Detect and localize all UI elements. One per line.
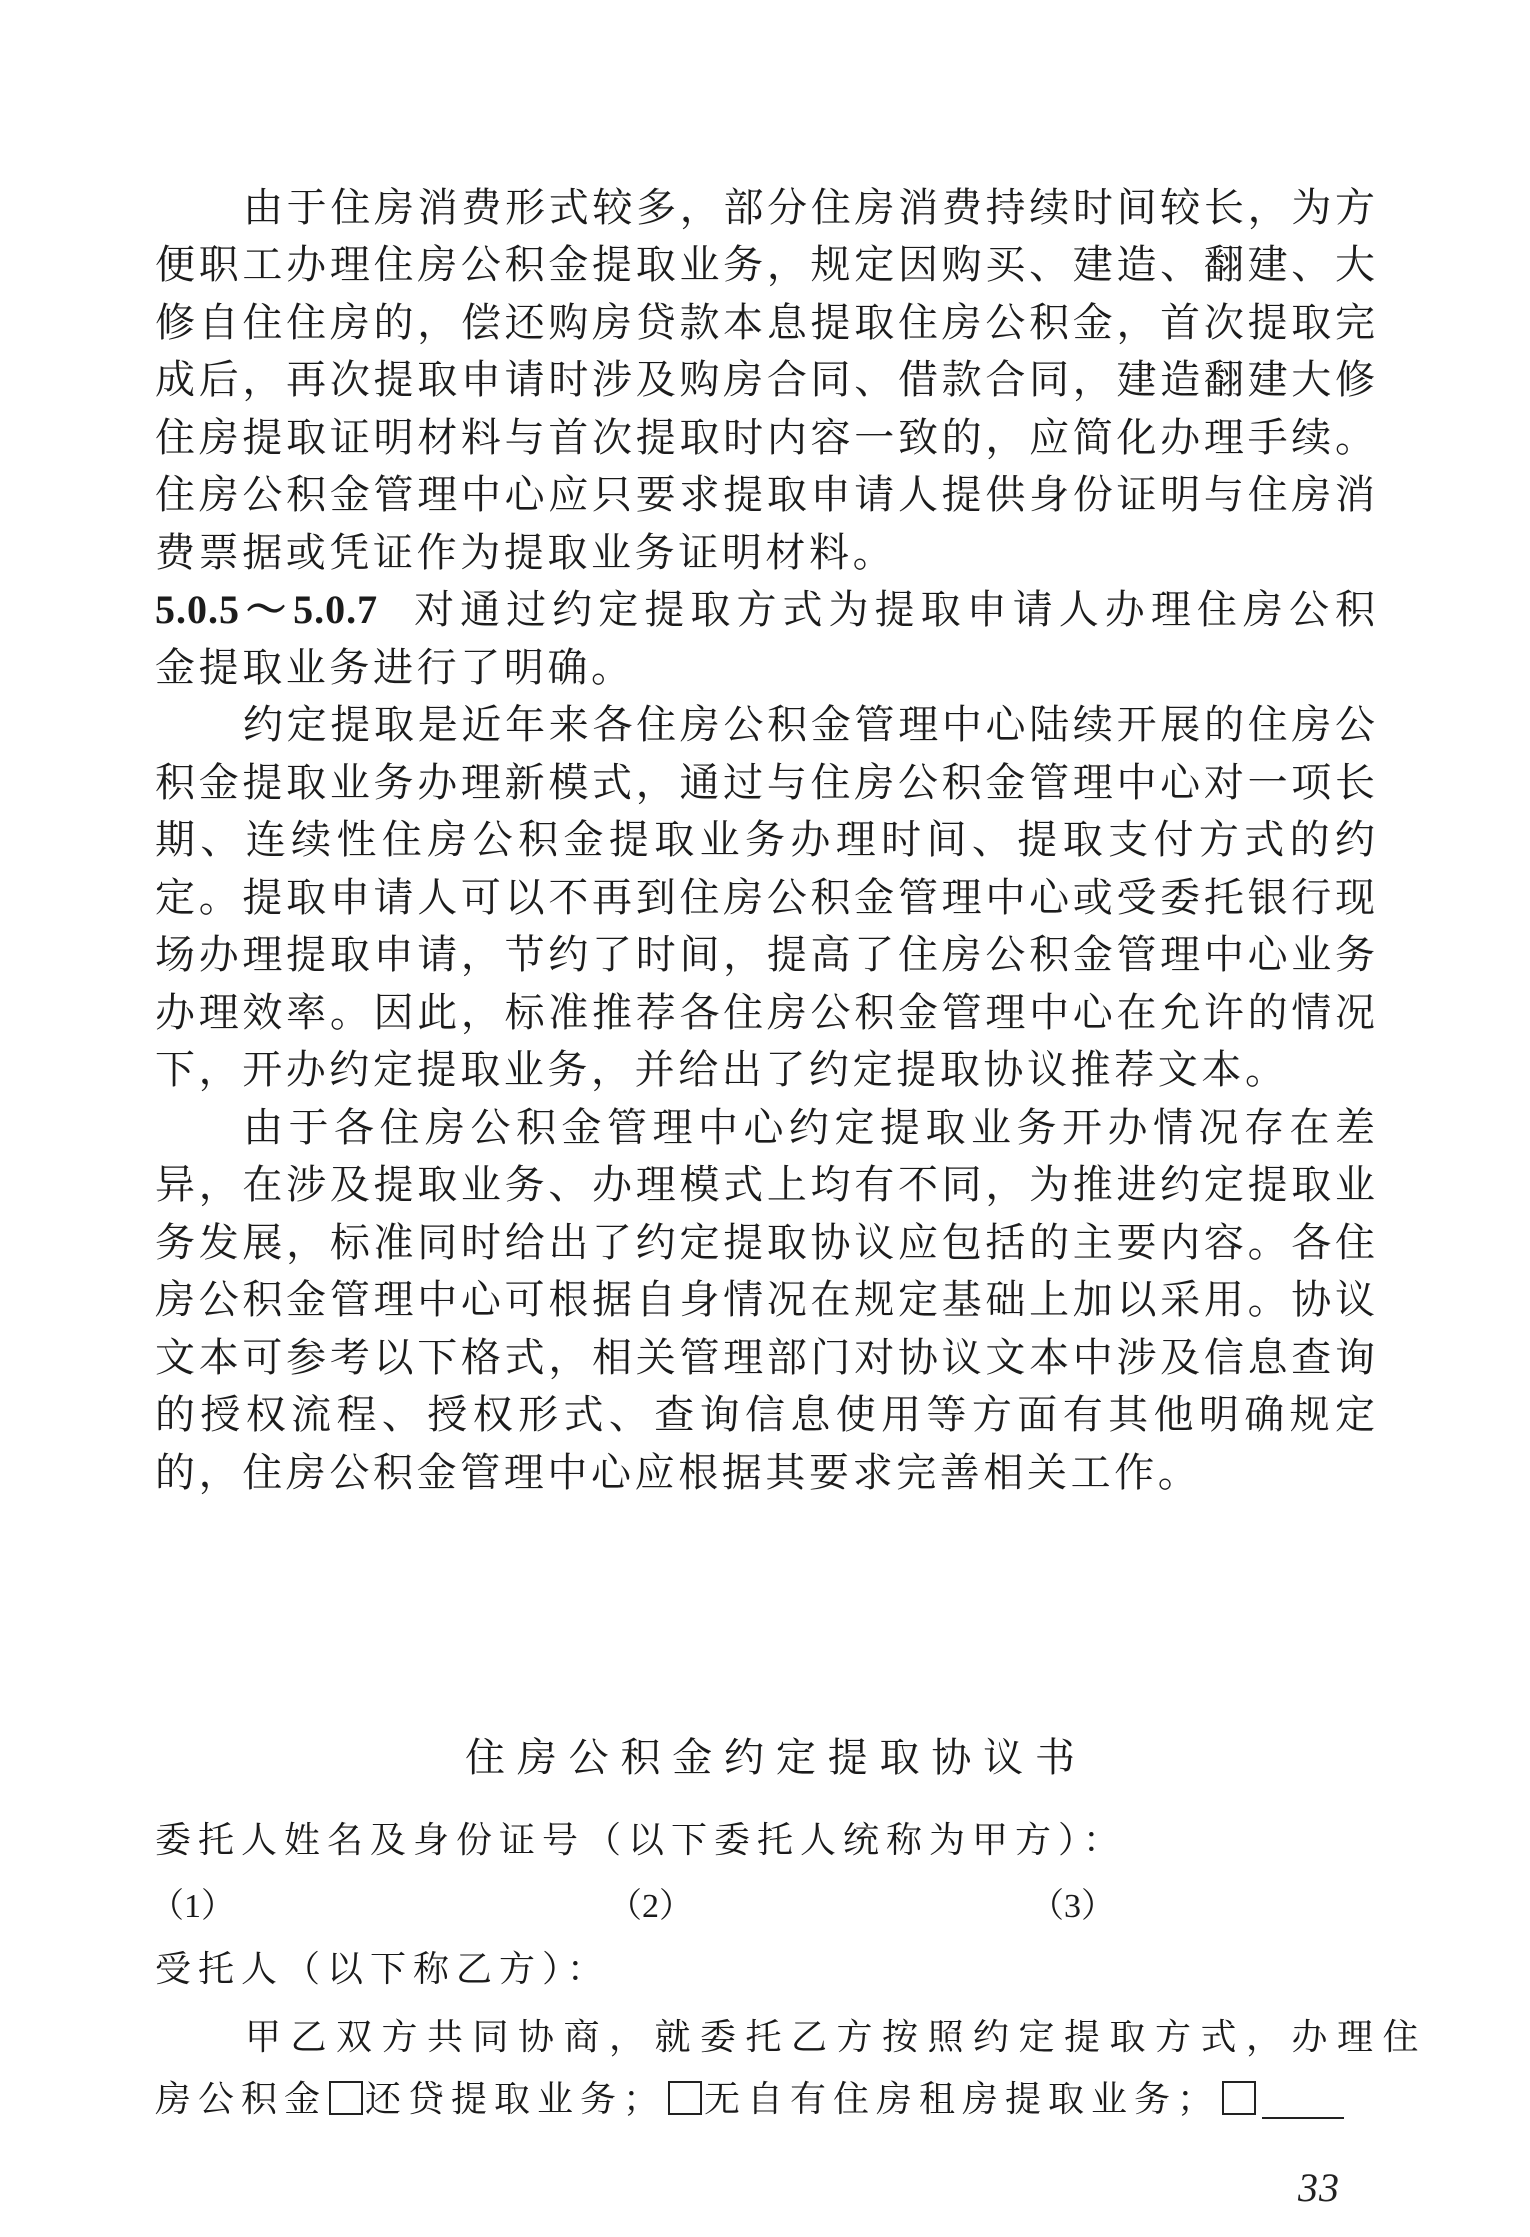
page-number: 33 — [1298, 2164, 1340, 2211]
paragraph-2-line-2: 积金提取业务办理新模式，通过与住房公积金管理中心对一项长 — [155, 761, 1375, 805]
paragraph-3-line-1: 由于各住房公积金管理中心约定提取业务开办情况存在差 — [243, 1106, 1375, 1150]
agreement-intro-prefix: 房公积金 — [155, 2079, 327, 2120]
paragraph-2-line-6: 办理效率。因此，标准推荐各住房公积金管理中心在允许的情况 — [155, 991, 1375, 1035]
option-loan-repayment-label: 还贷提取业务； — [365, 2079, 666, 2120]
agent-label: 受托人（以下称乙方）： — [155, 1948, 610, 1992]
paragraph-3-line-7: 的，住房公积金管理中心应根据其要求完善相关工作。 — [155, 1451, 1375, 1495]
principal-slot-3: （3） — [1030, 1885, 1115, 1929]
paragraph-1-line-1: 由于住房消费形式较多，部分住房消费持续时间较长，为方 — [243, 186, 1375, 230]
principal-slot-1: （1） — [150, 1885, 235, 1929]
option-loan-repayment-checkbox[interactable] — [329, 2081, 363, 2115]
paragraph-3-line-5: 文本可参考以下格式，相关管理部门对协议文本中涉及信息查询 — [155, 1336, 1375, 1380]
agreement-intro-line-1: 甲乙双方共同协商，就委托乙方按照约定提取方式，办理住 — [245, 2016, 1428, 2060]
agreement-intro-line-2: 房公积金还贷提取业务；无自有住房租房提取业务； — [155, 2078, 1344, 2122]
document-page: 由于住房消费形式较多，部分住房消费持续时间较长，为方 便职工办理住房公积金提取业… — [0, 0, 1530, 2237]
principal-slot-2: （2） — [608, 1885, 693, 1929]
paragraph-3-line-3: 务发展，标准同时给出了约定提取协议应包括的主要内容。各住 — [155, 1221, 1375, 1265]
paragraph-2-line-4: 定。提取申请人可以不再到住房公积金管理中心或受委托银行现 — [155, 876, 1375, 920]
paragraph-2-line-3: 期、连续性住房公积金提取业务办理时间、提取支付方式的约 — [155, 818, 1375, 862]
paragraph-1-line-7: 费票据或凭证作为提取业务证明材料。 — [155, 531, 1375, 575]
paragraph-2-line-5: 场办理提取申请，节约了时间，提高了住房公积金管理中心业务 — [155, 933, 1375, 977]
option-other-blank[interactable] — [1262, 2079, 1344, 2119]
paragraph-1-line-5: 住房提取证明材料与首次提取时内容一致的，应简化办理手续。 — [155, 416, 1375, 460]
paragraph-1-line-2: 便职工办理住房公积金提取业务，规定因购买、建造、翻建、大 — [155, 243, 1375, 287]
option-other-checkbox[interactable] — [1222, 2081, 1256, 2115]
clause-text-line-2: 金提取业务进行了明确。 — [155, 646, 1375, 690]
agreement-title: 住房公积金约定提取协议书 — [465, 1733, 1075, 1783]
principal-label: 委托人姓名及身份证号（以下委托人统称为甲方）： — [155, 1819, 1126, 1863]
option-rental-label: 无自有住房租房提取业务； — [704, 2079, 1220, 2120]
clause-heading-line: 5.0.5～5.0.7对通过约定提取方式为提取申请人办理住房公积 — [155, 588, 1375, 632]
paragraph-1-line-3: 修自住住房的，偿还购房贷款本息提取住房公积金，首次提取完 — [155, 301, 1375, 345]
clause-number: 5.0.5～5.0.7 — [155, 587, 378, 632]
clause-text-line-1: 对通过约定提取方式为提取申请人办理住房公积 — [408, 587, 1375, 633]
paragraph-3-line-6: 的授权流程、授权形式、查询信息使用等方面有其他明确规定 — [155, 1393, 1375, 1437]
option-rental-checkbox[interactable] — [668, 2081, 702, 2115]
paragraph-2-line-1: 约定提取是近年来各住房公积金管理中心陆续开展的住房公 — [243, 703, 1375, 747]
paragraph-1-line-6: 住房公积金管理中心应只要求提取申请人提供身份证明与住房消 — [155, 473, 1375, 517]
paragraph-3-line-4: 房公积金管理中心可根据自身情况在规定基础上加以采用。协议 — [155, 1278, 1375, 1322]
paragraph-2-line-7: 下，开办约定提取业务，并给出了约定提取协议推荐文本。 — [155, 1048, 1375, 1092]
paragraph-3-line-2: 异，在涉及提取业务、办理模式上均有不同，为推进约定提取业 — [155, 1163, 1375, 1207]
paragraph-1-line-4: 成后，再次提取申请时涉及购房合同、借款合同，建造翻建大修 — [155, 358, 1375, 402]
